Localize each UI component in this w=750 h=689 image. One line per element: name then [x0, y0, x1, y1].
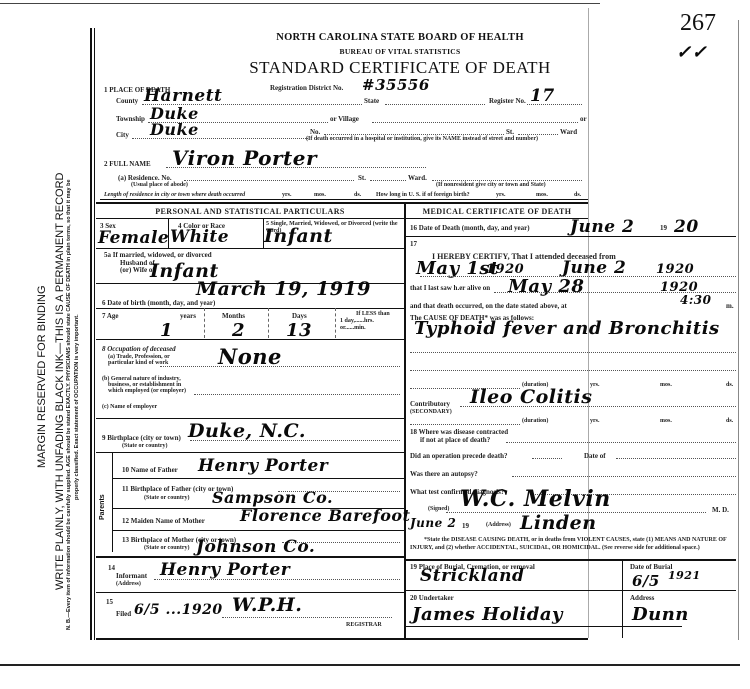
parents-side-divider [112, 452, 113, 552]
county-value: Harnett [144, 86, 222, 106]
full-name-dotted-line [166, 167, 426, 168]
agency-title: NORTH CAROLINA STATE BOARD OF HEALTH [0, 32, 750, 43]
us-mos-label: mos. [536, 192, 548, 198]
sex-value: Female [98, 228, 169, 248]
contributory-value: Ileo Colitis [470, 386, 592, 408]
margin-nb-instructions: N. B.—Every item of information should b… [66, 179, 72, 630]
death-occurred-suffix: m. [726, 302, 734, 310]
industry-dotted-line [194, 394, 400, 395]
informant-label: Informant [116, 572, 147, 580]
cause-dotted-line-1 [410, 352, 736, 353]
township-label: Township [116, 115, 145, 123]
duration-mos-2: mos. [660, 418, 672, 424]
duration-label-2: (duration) [522, 418, 548, 424]
birthplace-value: Duke, N.C. [188, 420, 306, 442]
operation-label: Did an operation precede death? [410, 452, 507, 460]
cause-of-death-value: Typhoid fever and Bronchitis [414, 318, 720, 339]
county-label: County [116, 97, 138, 105]
father-birthplace-value: Sampson Co. [212, 488, 333, 507]
spouse-label: 5a If married, widowed, or divorced [104, 251, 212, 259]
registrar-signature: W.P.H. [232, 594, 302, 616]
death-occurred-label: and that death occurred, on the date sta… [410, 302, 567, 310]
dob-label: 6 Date of birth (month, day, and year) [102, 299, 215, 307]
nonresident-note: (If nonresident give city or town and St… [436, 182, 546, 188]
undertaker-row-rule [406, 626, 682, 627]
length-yrs-label: yrs. [282, 192, 292, 198]
last-saw-value: May 28 [508, 276, 584, 297]
days-less-divider [335, 308, 337, 338]
city-no-dotted-line [324, 134, 504, 135]
months-days-divider [268, 308, 270, 338]
duration-ds-1: ds. [726, 382, 733, 388]
burial-date-value: 6/5 [632, 572, 660, 590]
margin-nb-instructions-2: properly classified. Exact statement of … [74, 314, 80, 500]
personal-heading-rule [96, 218, 404, 219]
cause-footnote: *State the DISEASE CAUSING DEATH, or in … [410, 537, 736, 552]
attended-to-value: June 2 [562, 258, 626, 278]
footnote-bottom-rule [406, 559, 736, 561]
registrar-dotted-line [222, 617, 392, 618]
length-mos-label: mos. [314, 192, 326, 198]
contracted-label-2: if not at place of death? [420, 436, 490, 444]
length-residence-rule [100, 199, 588, 200]
city-st-dotted-line [518, 134, 558, 135]
village-dotted-line [372, 122, 578, 123]
date-of-label: Date of [584, 452, 606, 460]
city-value: Duke [150, 120, 199, 139]
mother-birthplace-sublabel: (State or country) [144, 545, 190, 551]
death-year-prefix: 19 [660, 224, 667, 232]
filed-value: 6/5 ...1920 [134, 602, 223, 618]
personal-heading: PERSONAL AND STATISTICAL PARTICULARS [96, 207, 404, 216]
residence-st-label: St. [358, 174, 366, 182]
city-label: City [116, 131, 129, 139]
birthplace-row-rule [96, 452, 404, 453]
informant-row-rule [96, 592, 404, 593]
bureau-title: BUREAU OF VITAL STATISTICS [0, 47, 750, 56]
duration-mos-1: mos. [660, 382, 672, 388]
residence-sublabel: (Usual place of abode) [131, 182, 188, 188]
occupation-value: None [218, 344, 282, 369]
margin-binding-note: MARGIN RESERVED FOR BINDING [36, 285, 48, 468]
months-label: Months [222, 312, 245, 320]
contracted-dotted-line [506, 442, 736, 443]
sex-row-rule [96, 248, 404, 249]
months-value: 2 [232, 320, 245, 341]
state-label: State [364, 97, 379, 105]
attended-to-year: 1920 [656, 262, 694, 277]
length-of-residence-label: Length of residence in city or town wher… [104, 192, 245, 198]
days-value: 13 [286, 320, 312, 341]
industry-label-3: which employed (or employer) [108, 388, 186, 394]
color-value: White [170, 227, 229, 247]
medical-heading: MEDICAL CERTIFICATE OF DEATH [406, 207, 588, 216]
days-label: Days [292, 312, 307, 320]
city-st-label: St. [506, 128, 514, 136]
parents-bottom-rule [96, 556, 404, 558]
residence-st-dotted-line [370, 180, 406, 181]
medical-heading-rule [406, 218, 588, 219]
years-months-divider [204, 308, 206, 338]
city-no-label: No. [310, 128, 320, 136]
occupation-row-rule [96, 418, 404, 419]
death-date-value: June 2 [570, 217, 634, 237]
duration-dotted-line-2 [410, 424, 520, 425]
birthplace-label: 9 Birthplace (city or town) [102, 434, 181, 442]
us-ds-label: ds. [574, 192, 581, 198]
contributory-dotted-line [460, 406, 736, 407]
parents-side-label: Parents [99, 494, 106, 520]
operation-dotted-line [532, 458, 562, 459]
father-name-value: Henry Porter [198, 456, 328, 476]
last-saw-label: that I last saw h.er alive on [410, 284, 490, 292]
years-value: 1 [160, 320, 173, 341]
residence-ward-label: Ward. [408, 174, 427, 182]
death-year-value: 20 [674, 217, 699, 237]
mother-birthplace-value: Johnson Co. [196, 537, 315, 557]
margin-write-plainly-note: WRITE PLAINLY, WITH UNFADING BLACK INK—T… [54, 173, 66, 590]
father-row-rule [112, 478, 404, 479]
dob-row-rule [96, 308, 404, 309]
frame-right-border [738, 20, 739, 640]
death-date-label: 16 Date of Death (month, day, and year) [410, 224, 530, 232]
burial-place-value: Strickland [420, 566, 524, 586]
filed-label: Filed [116, 610, 131, 618]
duration-ds-2: ds. [726, 418, 733, 424]
residence-nonresident-line [432, 180, 582, 181]
physician-signature: W.C. Melvin [460, 486, 611, 512]
register-no-label: Register No. [489, 97, 526, 105]
informant-number: 14 [108, 564, 115, 572]
undertaker-address-value: Dunn [632, 604, 689, 625]
box-bottom-rule [96, 638, 588, 640]
full-name-label: 2 FULL NAME [104, 160, 151, 168]
city-dotted-line [132, 138, 308, 139]
register-dotted-line [527, 104, 582, 105]
md-label: M. D. [712, 506, 729, 514]
undertaker-value: James Holiday [412, 604, 563, 625]
informant-value: Henry Porter [160, 560, 290, 580]
death-date-rule [406, 236, 736, 237]
less-than-label-3: or......min. [340, 325, 366, 331]
state-dotted-line [385, 104, 485, 105]
age-label: 7 Age [102, 312, 119, 320]
contracted-label-1: 18 Where was disease contracted [410, 428, 508, 436]
autopsy-label: Was there an autopsy? [410, 470, 478, 478]
register-no-value: 17 [530, 86, 555, 106]
employer-label: (c) Name of employer [102, 404, 157, 410]
burial-date-label: Date of Burial [630, 563, 672, 571]
autopsy-dotted-line [512, 476, 736, 477]
marital-value: Infant [264, 225, 333, 247]
frame-left-border [90, 28, 92, 640]
birthplace-dotted-line [190, 440, 400, 441]
father-name-label: 10 Name of Father [122, 466, 178, 474]
undertaker-label: 20 Undertaker [410, 594, 454, 602]
years-label: years [180, 312, 196, 320]
undertaker-address-label: Address [630, 594, 654, 602]
attended-from-year: 1920 [486, 262, 524, 277]
residence-dotted-line [184, 180, 354, 181]
box-top-rule [96, 202, 588, 204]
contributory-label: Contributory [410, 400, 450, 408]
informant-dotted-line [154, 579, 400, 580]
death-occurred-value: 4:30 [680, 293, 711, 307]
us-residence-label: How long in U. S. if of foreign birth? [376, 192, 470, 198]
dob-value: March 19, 1919 [196, 278, 371, 300]
less-than-label-1: If LESS than [356, 311, 390, 317]
less-than-label-2: 1 day,......hrs. [340, 318, 374, 324]
top-edge-rule [0, 3, 600, 4]
registration-district-value: #35556 [362, 76, 430, 94]
burial-row-rule [406, 590, 736, 591]
contributory-sublabel: (SECONDARY) [410, 409, 452, 415]
birthplace-sublabel: (State or country) [122, 443, 168, 449]
or-label: or [580, 115, 587, 123]
registration-district-label: Registration District No. [270, 84, 343, 92]
mother-row-rule [112, 530, 404, 531]
frame-left-border-inner [94, 28, 95, 640]
father-birthplace-sublabel: (State or country) [144, 495, 190, 501]
hospital-note: (If death occurred in a hospital or inst… [306, 136, 538, 142]
signature-date: June 2 [410, 516, 456, 530]
informant-sublabel: (Address) [116, 581, 141, 587]
signature-year-prefix: 19 [462, 522, 469, 530]
bottom-edge-rule [0, 664, 740, 666]
residence-label: (a) Residence. No. [118, 174, 172, 182]
address-label: (Address) [486, 522, 511, 528]
date-of-dotted-line [616, 458, 736, 459]
age-row-rule [96, 339, 404, 340]
item-17-number: 17 [410, 240, 417, 248]
certificate-title: STANDARD CERTIFICATE OF DEATH [0, 58, 750, 78]
village-label: or Village [330, 115, 359, 123]
city-ward-label: Ward [560, 128, 577, 136]
mother-name-label: 12 Maiden Name of Mother [122, 517, 205, 525]
filed-number: 15 [106, 598, 113, 606]
us-yrs-label: yrs. [496, 192, 506, 198]
mother-name-value: Florence Barefoot [240, 506, 410, 525]
occupation-label: 8 Occupation of deceased [102, 345, 176, 353]
length-ds-label: ds. [354, 192, 361, 198]
cause-dotted-line-2 [410, 370, 736, 371]
physician-address-value: Linden [520, 512, 597, 534]
duration-yrs-2: yrs. [590, 418, 600, 424]
burial-year-value: 1921 [668, 569, 701, 582]
column-divider [404, 202, 406, 638]
registrar-label: REGISTRAR [346, 622, 382, 628]
